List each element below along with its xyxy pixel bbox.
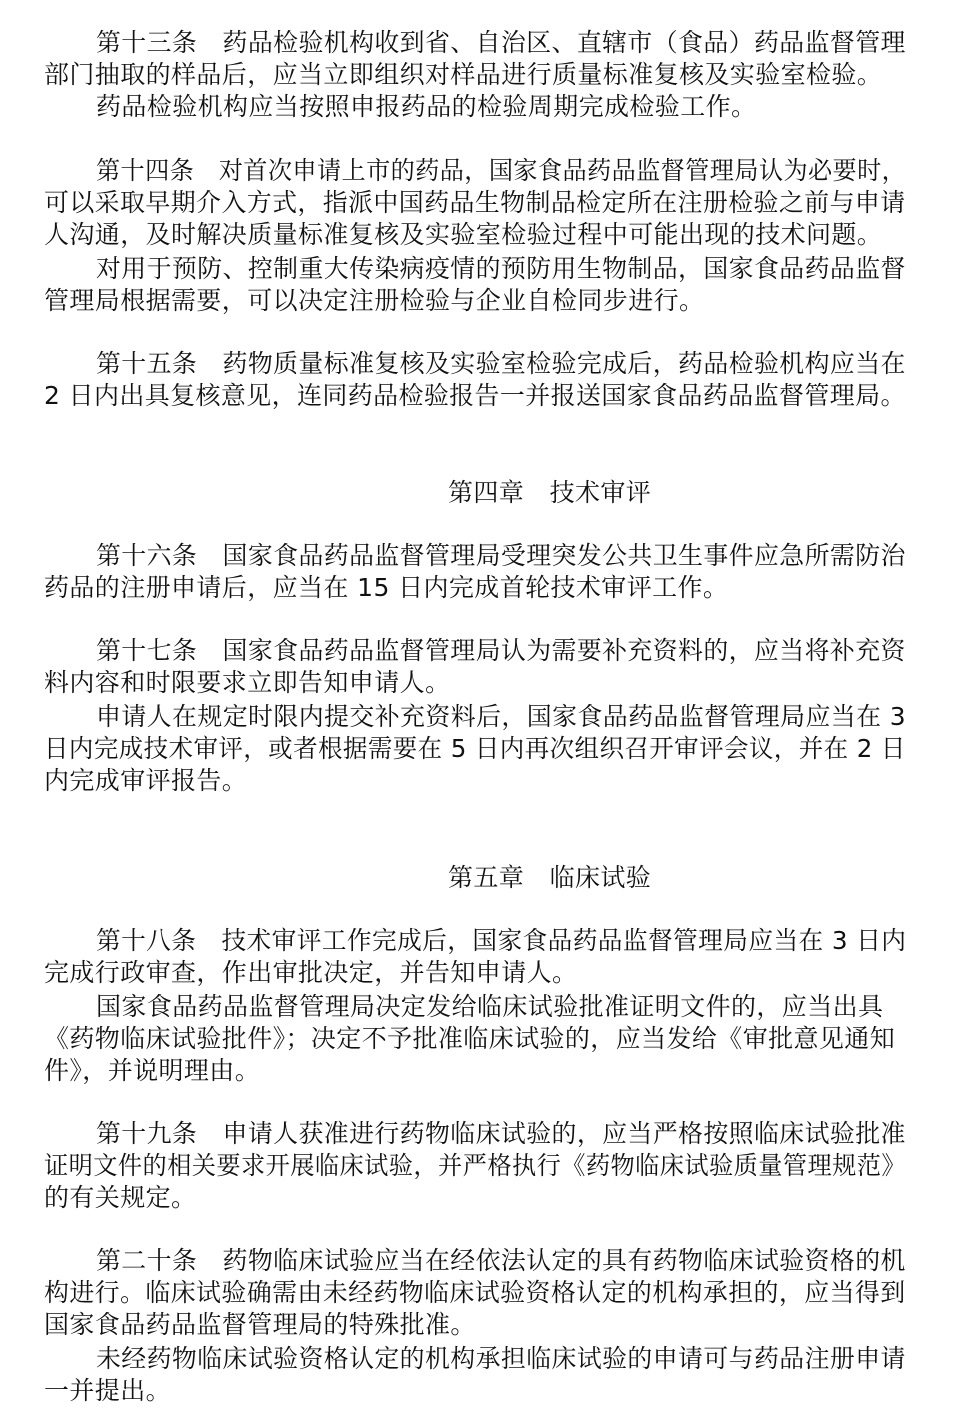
text-line: 2 日内出具复核意见，连同药品检验报告一并报送国家食品药品监督管理局。 bbox=[44, 381, 906, 411]
text-line: 证明文件的相关要求开展临床试验，并严格执行《药物临床试验质量管理规范》 bbox=[44, 1151, 906, 1181]
text-line: 申请人在规定时限内提交补充资料后，国家食品药品监督管理局应当在 3 bbox=[96, 702, 906, 732]
text-line: 药品的注册申请后，应当在 15 日内完成首轮技术审评工作。 bbox=[44, 573, 728, 603]
chapter-title: 第五章 临床试验 bbox=[448, 863, 651, 893]
text-line: 第十六条 国家食品药品监督管理局受理突发公共卫生事件应急所需防治 bbox=[96, 541, 906, 571]
chapter-title: 第四章 技术审评 bbox=[448, 478, 651, 508]
text-line: 对用于预防、控制重大传染病疫情的预防用生物制品，国家食品药品监督 bbox=[96, 254, 906, 284]
text-line: 构进行。临床试验确需由未经药物临床试验资格认定的机构承担的，应当得到 bbox=[44, 1278, 906, 1308]
text-line: 可以采取早期介入方式，指派中国药品生物制品检定所在注册检验之前与申请 bbox=[44, 188, 906, 218]
text-line: 日内完成技术审评，或者根据需要在 5 日内再次组织召开审评会议，并在 2 日 bbox=[44, 734, 906, 764]
text-line: 完成行政审查，作出审批决定，并告知申请人。 bbox=[44, 958, 577, 988]
text-line: 内完成审评报告。 bbox=[44, 766, 247, 796]
text-line: 料内容和时限要求立即告知申请人。 bbox=[44, 668, 450, 698]
text-line: 药品检验机构应当按照申报药品的检验周期完成检验工作。 bbox=[96, 92, 756, 122]
text-line: 国家食品药品监督管理局决定发给临床试验批准证明文件的，应当出具 bbox=[96, 992, 883, 1022]
text-line: 第十八条 技术审评工作完成后，国家食品药品监督管理局应当在 3 日内 bbox=[96, 926, 906, 956]
text-line: 管理局根据需要，可以决定注册检验与企业自检同步进行。 bbox=[44, 286, 704, 316]
text-line: 未经药物临床试验资格认定的机构承担临床试验的申请可与药品注册申请 bbox=[96, 1344, 906, 1374]
text-line: 国家食品药品监督管理局的特殊批准。 bbox=[44, 1310, 476, 1340]
text-line: 的有关规定。 bbox=[44, 1183, 196, 1213]
text-line: 《药物临床试验批件》；决定不予批准临床试验的，应当发给《审批意见通知 bbox=[44, 1024, 895, 1054]
text-line: 一并提出。 bbox=[44, 1376, 171, 1406]
text-line: 件》，并说明理由。 bbox=[44, 1056, 260, 1086]
text-line: 第十四条 对首次申请上市的药品，国家食品药品监督管理局认为必要时， bbox=[96, 156, 906, 186]
document-page: 第十三条 药品检验机构收到省、自治区、直辖市（食品）药品监督管理部门抽取的样品后… bbox=[0, 0, 961, 1425]
text-line: 第十五条 药物质量标准复核及实验室检验完成后，药品检验机构应当在 bbox=[96, 349, 906, 379]
text-line: 第十九条 申请人获准进行药物临床试验的，应当严格按照临床试验批准 bbox=[96, 1119, 906, 1149]
text-line: 第二十条 药物临床试验应当在经依法认定的具有药物临床试验资格的机 bbox=[96, 1246, 906, 1276]
text-line: 人沟通，及时解决质量标准复核及实验室检验过程中可能出现的技术问题。 bbox=[44, 220, 882, 250]
text-line: 部门抽取的样品后，应当立即组织对样品进行质量标准复核及实验室检验。 bbox=[44, 60, 882, 90]
text-line: 第十七条 国家食品药品监督管理局认为需要补充资料的，应当将补充资 bbox=[96, 636, 906, 666]
text-line: 第十三条 药品检验机构收到省、自治区、直辖市（食品）药品监督管理 bbox=[96, 28, 906, 58]
